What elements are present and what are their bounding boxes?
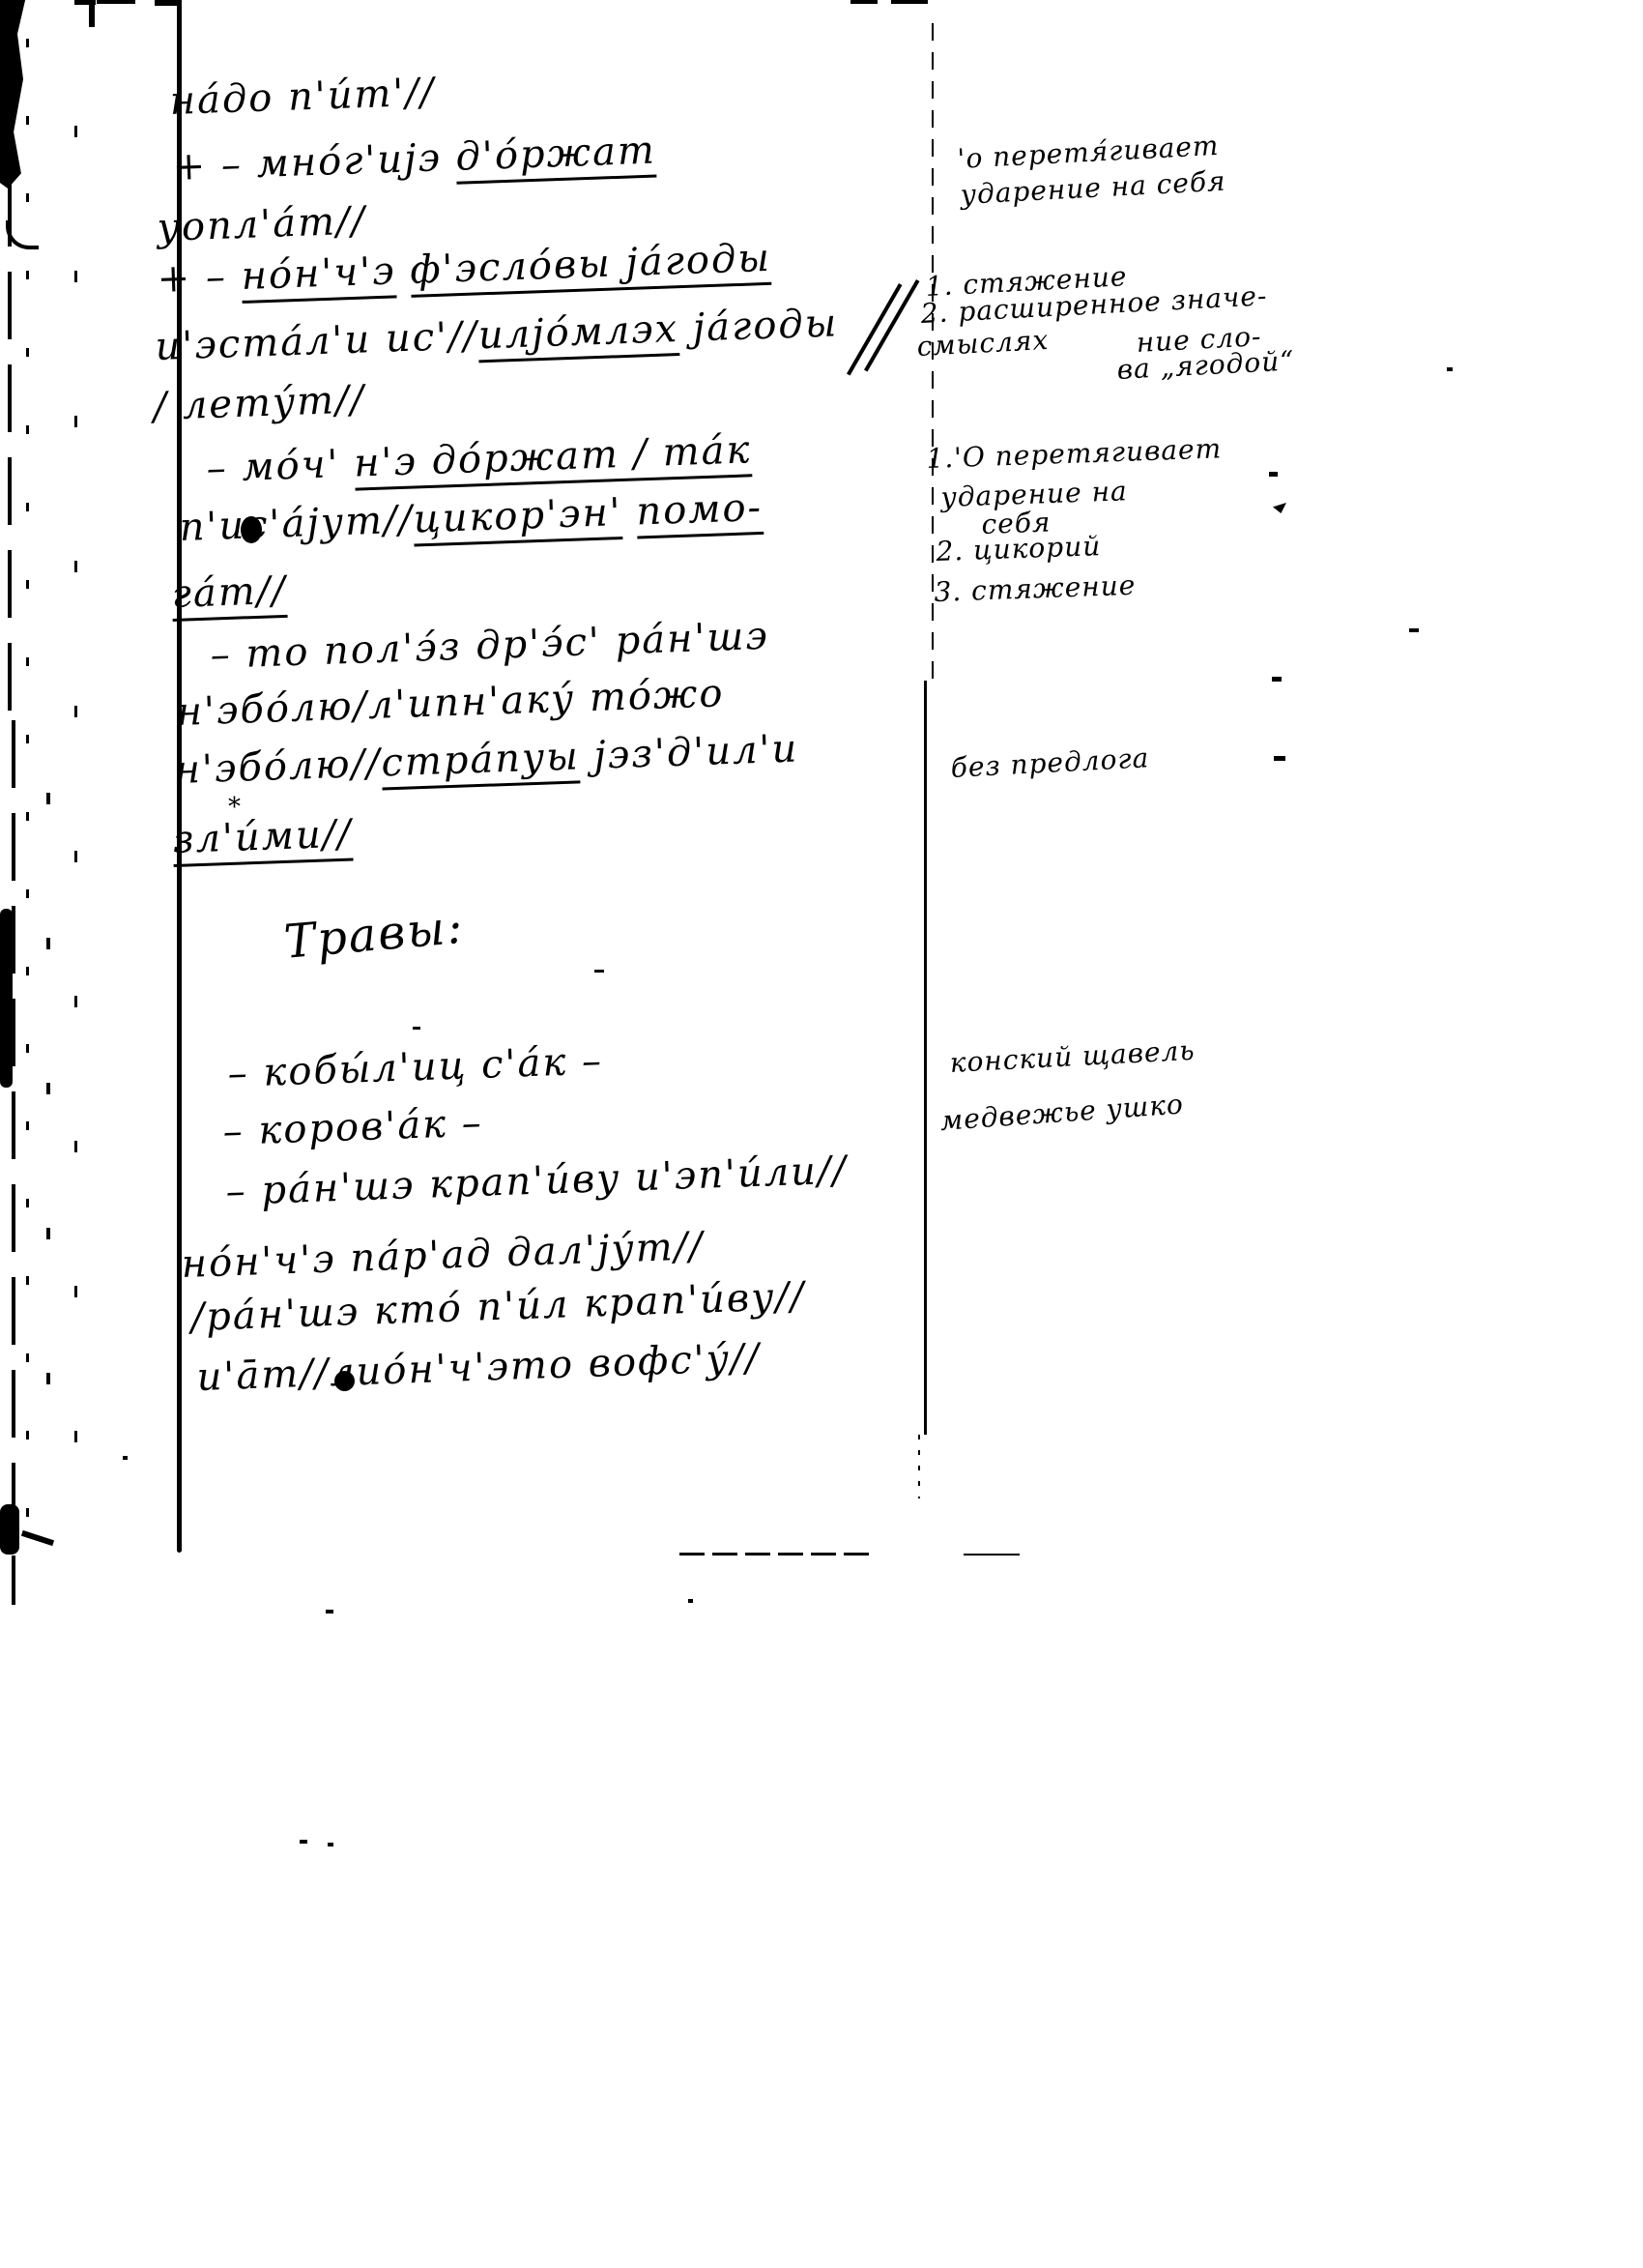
- handwritten-segment: [395, 248, 411, 293]
- scan-bottom-blob: [0, 1504, 19, 1555]
- herb-gloss-2: медвежье ушко: [939, 1090, 1185, 1135]
- speck: [413, 1027, 420, 1030]
- note-3d: 2. цикорий: [936, 532, 1102, 566]
- handwritten-segment: д'о́ржат: [455, 129, 657, 185]
- speck: [688, 1599, 693, 1603]
- scan-left-broken-line-2: [12, 720, 15, 1605]
- handwritten-segment: / лету́т//: [153, 377, 366, 429]
- handwritten-segment: – мо́ч': [206, 442, 355, 491]
- handwritten-segment: н'э до́ржат / та́к: [353, 427, 752, 490]
- note-4: без предлога: [950, 743, 1150, 782]
- handwritten-segment: н'эбо́лю/л'ипн'аку́ то́жо: [176, 671, 725, 735]
- handwritten-segment: – коров'а́к –: [222, 1101, 484, 1154]
- handwritten-segment: – то пол'э́з др'э́с' ра́н'шэ: [210, 614, 770, 678]
- speck: [123, 1456, 128, 1460]
- line-08: п'ис'а́јут//цикор'эн' помо-: [179, 487, 764, 548]
- scan-corner-blob: [0, 0, 29, 189]
- horizontal-broken-line-2: [964, 1554, 1020, 1556]
- handwritten-segment: ф'эсло́вы ја́годы: [410, 236, 772, 298]
- speck-arrowhead: [1273, 503, 1286, 513]
- line-11: н'эбо́лю/л'ипн'аку́ то́жо: [176, 673, 725, 733]
- handwritten-segment: ја́годы: [677, 301, 839, 351]
- line-19: /ра́н'шэ кто́ п'и́л крап'и́ву//: [190, 1276, 806, 1338]
- slash-mark: [847, 283, 902, 376]
- handwritten-segment: + – мно́г'ијэ: [172, 135, 456, 189]
- herb-line-3: – ра́н'шэ крап'и́ву и'эп'и́ли//: [225, 1150, 849, 1212]
- speck: [328, 1843, 333, 1846]
- herb-line-1: – кобы́л'иц с'а́к –: [227, 1040, 604, 1094]
- handwritten-segment: конский щавель: [949, 1034, 1196, 1079]
- line-13: зл'и́ми//: [172, 814, 353, 860]
- scan-left-broken-line-3: [46, 793, 50, 1508]
- scan-top-dash-4: [850, 0, 878, 4]
- note-3a: 1.'О перетягивает: [926, 434, 1223, 473]
- handwritten-segment: но́н'ч'э па́р'ад дал'ју́т//: [181, 1224, 705, 1287]
- handwritten-segment: п'ис'а́јут//: [179, 498, 415, 550]
- horizontal-broken-line-1: [679, 1553, 875, 1556]
- handwritten-segment: смыслях: [916, 324, 1050, 363]
- speck: [326, 1610, 333, 1614]
- scan-top-dash-2: [97, 0, 135, 4]
- handwritten-segment: илјо́млэх: [477, 306, 679, 363]
- scan-top-dash-5: [891, 0, 928, 4]
- handwritten-segment: помо-: [636, 485, 764, 539]
- herbs-heading: Травы:: [282, 903, 466, 967]
- speck: [1269, 472, 1278, 477]
- line-18: но́н'ч'э па́р'ад дал'ју́т//: [181, 1226, 705, 1285]
- handwritten-segment: уопл'а́т//: [157, 198, 367, 250]
- scan-top-tick: [89, 0, 95, 27]
- handwritten-segment: јэз'д'ил'и: [579, 726, 799, 778]
- speck: [300, 1840, 307, 1844]
- note-2e: ва „ягодой“: [1116, 346, 1295, 384]
- handwritten-segment: + –: [157, 254, 243, 302]
- handwritten-segment: га́т//: [171, 568, 288, 622]
- line-03: уопл'а́т//: [157, 200, 367, 248]
- handwritten-segment: зл'и́ми//: [172, 812, 354, 867]
- scan-left-dotted-line-2: [74, 126, 77, 1527]
- handwritten-segment: 2. цикорий: [936, 530, 1102, 567]
- scan-left-broken-line-1: [8, 179, 12, 720]
- handwritten-segment: стра́пуы: [381, 734, 581, 790]
- handwritten-segment: и'эста́л'и ис'//: [155, 313, 479, 369]
- scan-left-dotted-line-1: [26, 39, 29, 1556]
- speck: [1447, 367, 1453, 371]
- scan-left-blob-mid: [0, 909, 13, 1088]
- handwritten-segment: на́до п'и́т'//: [169, 70, 436, 124]
- handwritten-segment: – ра́н'шэ крап'и́ву и'эп'и́ли//: [225, 1149, 849, 1214]
- handwritten-segment: 1.'О перетягивает: [926, 432, 1223, 475]
- line-10: – то пол'э́з др'э́с' ра́н'шэ: [210, 616, 769, 676]
- handwritten-segment: *: [228, 793, 243, 822]
- line-05: и'эста́л'и ис'//илјо́млэх ја́годы: [155, 303, 839, 367]
- handwritten-segment: медвежье ушко: [939, 1088, 1185, 1137]
- column-divider-middle: [924, 681, 927, 1435]
- asterisk-mark: *: [228, 795, 243, 821]
- handwritten-segment: [621, 489, 637, 534]
- line-02: + – мно́г'ијэ д'о́ржат: [172, 131, 656, 188]
- speck: [1272, 677, 1282, 682]
- note-3e: 3. стяжение: [934, 571, 1137, 607]
- handwritten-segment: 3. стяжение: [934, 569, 1137, 608]
- handwritten-segment: /ра́н'шэ кто́ п'и́л крап'и́ву//: [190, 1274, 806, 1340]
- line-01: на́до п'и́т'//: [169, 72, 436, 122]
- handwritten-segment: без предлога: [950, 741, 1150, 784]
- herb-line-2: – коров'а́к –: [222, 1103, 483, 1152]
- speck: [1409, 628, 1419, 632]
- line-07: – мо́ч' н'э до́ржат / та́к: [206, 429, 752, 489]
- handwritten-segment: цикор'эн': [413, 490, 623, 547]
- line-09: га́т//: [171, 570, 287, 615]
- page: на́до п'и́т'//+ – мно́г'ијэ д'о́ржатуопл…: [0, 0, 1643, 2268]
- speck: [1274, 756, 1285, 761]
- note-2c: смыслях: [916, 326, 1050, 361]
- handwritten-segment: Травы:: [282, 900, 467, 970]
- handwritten-segment: – кобы́л'иц с'а́к –: [227, 1038, 604, 1096]
- column-divider-bottom: [918, 1435, 920, 1498]
- speck: [594, 970, 604, 973]
- herb-gloss-1: конский щавель: [949, 1036, 1196, 1078]
- line-12: н'эбо́лю//стра́пуы јэз'д'ил'и: [174, 728, 799, 791]
- note-1b: ударение на себя: [960, 167, 1226, 210]
- handwritten-segment: и'а̄т//лио́н'ч'это вофс'у́//: [196, 1336, 762, 1400]
- line-06: / лету́т//: [153, 379, 366, 427]
- handwritten-segment: н'эбо́лю//: [174, 741, 382, 793]
- handwritten-segment: но́н'ч'э: [241, 248, 397, 304]
- line-20: и'а̄т//лио́н'ч'это вофс'у́//: [196, 1338, 762, 1398]
